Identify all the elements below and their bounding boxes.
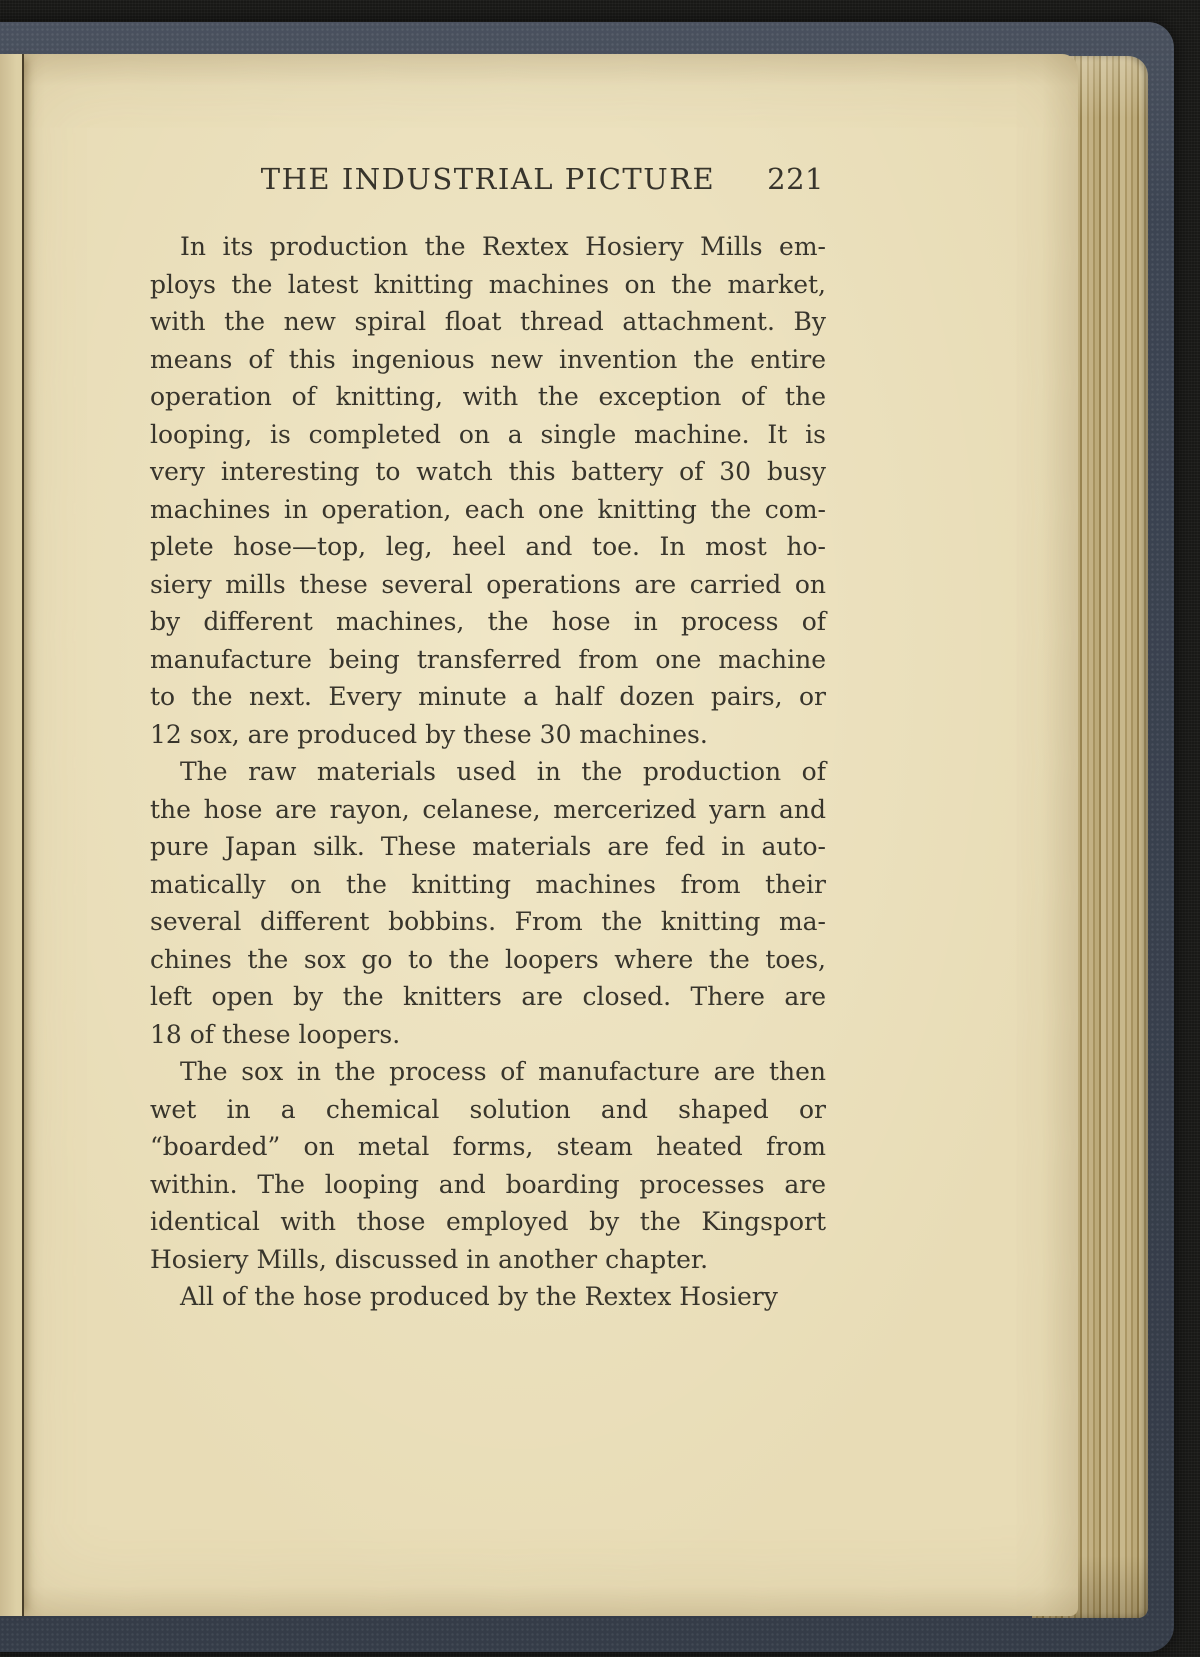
text-line: wet in a chemical solution and shaped or — [150, 1091, 826, 1129]
text-line: pure Japan silk. These materials are fed… — [150, 828, 826, 866]
text-line: the hose are rayon, celanese, mercerized… — [150, 791, 826, 829]
text-line: with the new spiral float thread attachm… — [150, 303, 826, 341]
text-line: Hosiery Mills, discussed in another chap… — [150, 1241, 826, 1279]
paragraph: All of the hose produced by the Rextex H… — [150, 1278, 826, 1316]
text-line: to the next. Every minute a half dozen p… — [150, 678, 826, 716]
page-number: 221 — [767, 162, 824, 196]
text-line: very interesting to watch this battery o… — [150, 453, 826, 491]
text-line: “boarded” on metal forms, steam heated f… — [150, 1128, 826, 1166]
paragraph: The raw materials used in the production… — [150, 753, 826, 1053]
text-line: siery mills these several operations are… — [150, 566, 826, 604]
text-line: The sox in the process of manufacture ar… — [150, 1053, 826, 1091]
text-line: The raw materials used in the production… — [150, 753, 826, 791]
paragraph: The sox in the process of manufacture ar… — [150, 1053, 826, 1278]
page-header: THE INDUSTRIAL PICTURE 221 — [150, 162, 826, 202]
text-block: In its production the Rextex Hosiery Mil… — [150, 228, 826, 1316]
page-title: THE INDUSTRIAL PICTURE — [261, 162, 715, 196]
text-line: looping, is completed on a single machin… — [150, 416, 826, 454]
text-line: plete hose—top, leg, heel and toe. In mo… — [150, 528, 826, 566]
text-line: All of the hose produced by the Rextex H… — [150, 1278, 826, 1316]
text-line: 12 sox, are produced by these 30 machine… — [150, 716, 826, 754]
page-gutter — [0, 54, 24, 1616]
text-line: 18 of these loopers. — [150, 1016, 826, 1054]
text-line: means of this ingenious new invention th… — [150, 341, 826, 379]
book-photo: THE INDUSTRIAL PICTURE 221 In its produc… — [0, 0, 1200, 1657]
text-line: by different machines, the hose in proce… — [150, 603, 826, 641]
text-line: identical with those employed by the Kin… — [150, 1203, 826, 1241]
text-line: within. The looping and boarding process… — [150, 1166, 826, 1204]
text-line: left open by the knitters are closed. Th… — [150, 978, 826, 1016]
paragraph: In its production the Rextex Hosiery Mil… — [150, 228, 826, 753]
text-line: several different bobbins. From the knit… — [150, 903, 826, 941]
text-line: operation of knitting, with the exceptio… — [150, 378, 826, 416]
book-page: THE INDUSTRIAL PICTURE 221 In its produc… — [0, 54, 1078, 1616]
text-line: machines in operation, each one knitting… — [150, 491, 826, 529]
text-line: chines the sox go to the loopers where t… — [150, 941, 826, 979]
text-line: ploys the latest knitting machines on th… — [150, 266, 826, 304]
text-line: manufacture being transferred from one m… — [150, 641, 826, 679]
text-line: In its production the Rextex Hosiery Mil… — [150, 228, 826, 266]
text-line: matically on the knitting machines from … — [150, 866, 826, 904]
